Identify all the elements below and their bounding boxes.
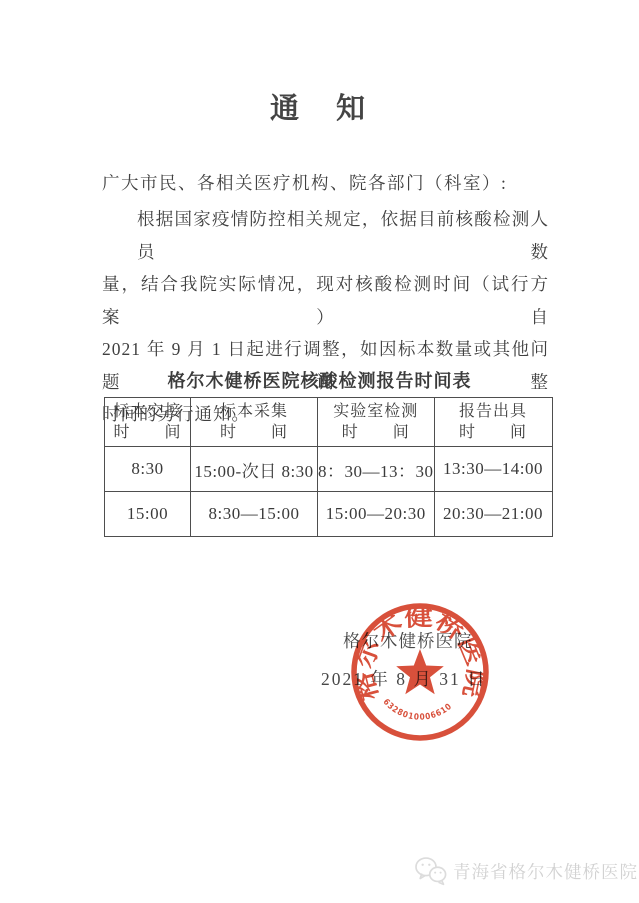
header-line2: 时 间	[435, 422, 552, 443]
header-line2: 时 间	[318, 422, 434, 443]
header-cell-collection: 标本采集 时 间	[191, 398, 318, 447]
schedule-table-title: 格尔木健桥医院核酸检测报告时间表	[0, 367, 639, 393]
cell: 15:00-次日 8:30	[191, 447, 318, 492]
cell: 15:00—20:30	[318, 492, 435, 537]
table-header-row: 标本交接 时 间 标本采集 时 间 实验室检测 时 间 报告出具 时 间	[105, 398, 553, 447]
cell: 8:30—15:00	[191, 492, 318, 537]
watermark-brand-label: 青海省格尔木健桥医院	[453, 859, 638, 884]
salutation-line: 广大市民、各相关医疗机构、院各部门（科室）:	[102, 170, 507, 195]
header-line1: 标本采集	[191, 401, 317, 422]
table-row: 8:30 15:00-次日 8:30 8：30—13：30 13:30—14:0…	[105, 447, 553, 492]
cell: 20:30—21:00	[434, 492, 552, 537]
page-title: 通 知	[0, 86, 639, 127]
header-cell-lab-test: 实验室检测 时 间	[318, 398, 435, 447]
header-line1: 实验室检测	[318, 401, 434, 422]
wechat-icon	[414, 856, 448, 886]
cell: 13:30—14:00	[434, 447, 552, 492]
header-line1: 报告出具	[435, 401, 552, 422]
header-cell-handover: 标本交接 时 间	[105, 398, 191, 447]
table-row: 15:00 8:30—15:00 15:00—20:30 20:30—21:00	[105, 492, 553, 537]
body-line: 根据国家疫情防控相关规定，依据目前核酸检测人员数	[102, 203, 549, 268]
cell: 8:30	[105, 447, 191, 492]
header-line2: 时 间	[191, 422, 317, 443]
notice-document-page: 通 知 广大市民、各相关医疗机构、院各部门（科室）: 根据国家疫情防控相关规定，…	[0, 0, 639, 903]
cell: 8：30—13：30	[318, 447, 435, 492]
header-line2: 时 间	[105, 422, 190, 443]
stamp-star-icon	[396, 649, 444, 694]
cell: 15:00	[105, 492, 191, 537]
watermark-brand: 青海省格尔木健桥医院	[414, 856, 638, 886]
header-line1: 标本交接	[105, 401, 190, 422]
official-seal-stamp: 格尔木健桥医院 6328010006610	[335, 587, 505, 757]
body-line: 量，结合我院实际情况，现对核酸检测时间（试行方案）自	[102, 268, 549, 333]
header-cell-report: 报告出具 时 间	[434, 398, 552, 447]
stamp-serial-number: 6328010006610	[381, 697, 455, 723]
schedule-table: 标本交接 时 间 标本采集 时 间 实验室检测 时 间 报告出具 时 间	[104, 397, 553, 537]
